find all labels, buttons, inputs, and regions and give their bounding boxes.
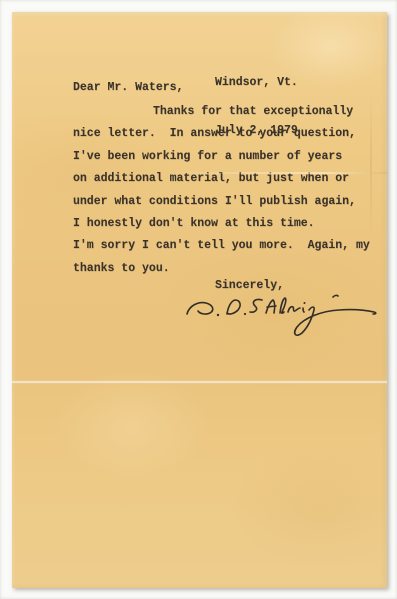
body-line: thanks to you. <box>73 258 370 280</box>
body-line: under what conditions I'll publish again… <box>73 191 370 213</box>
letter-closing: Sincerely, <box>215 279 284 292</box>
paper-crease <box>370 90 372 240</box>
body-line: I'm sorry I can't tell you more. Again, … <box>73 235 370 257</box>
body-line: Thanks for that exceptionally <box>73 101 370 123</box>
letter-paper: Windsor, Vt. July 2, 1979 Dear Mr. Water… <box>12 12 387 588</box>
body-line: I've been working for a number of years <box>73 146 370 168</box>
letter-body: Thanks for that exceptionally nice lette… <box>73 101 370 280</box>
body-line: I honestly don't know at this time. <box>73 213 370 235</box>
fold-crease-upper <box>170 172 388 174</box>
salinger-signature-handwriting <box>183 294 383 348</box>
body-line: nice letter. In answer to your question, <box>73 123 370 145</box>
letter-scan: Windsor, Vt. July 2, 1979 Dear Mr. Water… <box>0 0 397 599</box>
letter-place: Windsor, Vt. <box>215 75 298 91</box>
fold-crease-main <box>12 380 387 384</box>
letter-salutation: Dear Mr. Waters, <box>73 81 183 94</box>
